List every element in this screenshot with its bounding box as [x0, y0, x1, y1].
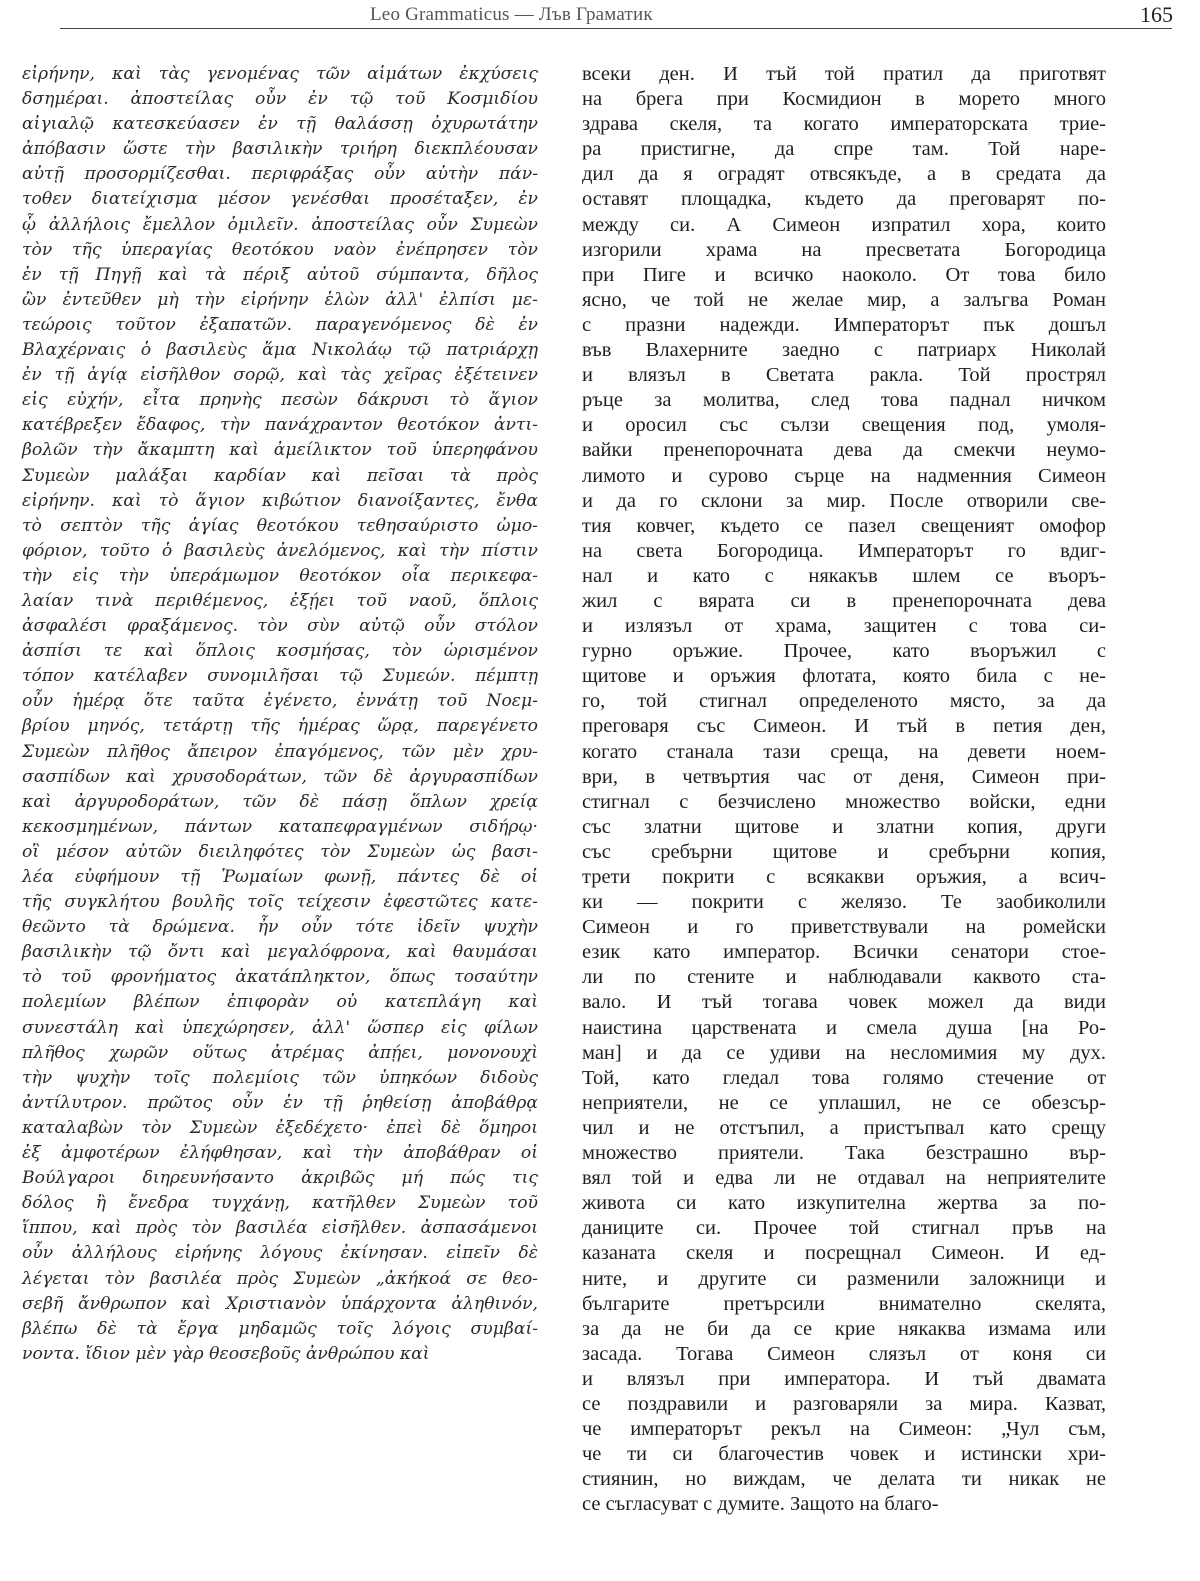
greek-text-line: Συμεὼν μαλάξαι καρδίαν καὶ πεῖσαι τὰ πρὸ… [22, 464, 538, 489]
bulgarian-text-line: вало. И тъй тогава човек можел да види [582, 990, 1106, 1015]
greek-text-line: πολεμίων βλέπων ἐπιφορὰν οὐ κατεπλάγη κα… [22, 990, 538, 1015]
bulgarian-text-line: ли по стените и наблюдавали каквото ста- [582, 965, 1106, 990]
bulgarian-text-line: всеки ден. И тъй той пратил да приготвят [582, 62, 1106, 87]
greek-text-line: αὐτῇ προσορμίζεσθαι. περιφράξας οὖν αὐτὴ… [22, 162, 538, 187]
greek-text-line: τόπον κατέλαβεν συνομιλῆσαι τῷ Συμεών. π… [22, 664, 538, 689]
greek-text-line: καὶ ἀργυροδοράτων, τῶν δὲ πάσῃ ὅπλων χρε… [22, 790, 538, 815]
greek-text-line: ὢν ἐντεῦθεν μὴ τὴν εἰρήνην ἑλὼν ἀλλ' ἐλπ… [22, 288, 538, 313]
bulgarian-text-line: трети покрити с всякакви оръжия, а всич- [582, 865, 1106, 890]
greek-text-line: οὖν ἡμέρᾳ ὅτε ταῦτα ἐγένετο, ἐννάτῃ τοῦ … [22, 689, 538, 714]
greek-text-line: τὸν τῆς ὑπεραγίας θεοτόκου ναὸν ἐνέπρησε… [22, 238, 538, 263]
bulgarian-text-line: дил да я оградят отвсякъде, а в средата … [582, 162, 1106, 187]
greek-text-line: τὸ τοῦ φρονήματος ἀκατάπληκτον, ὅπως τοσ… [22, 965, 538, 990]
bulgarian-text-line: и влязъл при императора. И тъй двамата [582, 1367, 1106, 1392]
bulgarian-text-line: ра пристигне, да спре там. Той наре- [582, 137, 1106, 162]
greek-text-line: τὴν εἰς τὴν ὑπεράμωμον θεοτόκον οἷα περι… [22, 564, 538, 589]
bulgarian-text-line: се поздравили и разговаряли за мира. Каз… [582, 1392, 1106, 1417]
bulgarian-text-line: за да не би да се крие някаква измама ил… [582, 1317, 1106, 1342]
bulgarian-text-line: при Пиге и всичко наоколо. От това било [582, 263, 1106, 288]
greek-text-line: ἀπόβασιν ὥστε τὴν βασιλικὴν τριήρη διεκπ… [22, 137, 538, 162]
bulgarian-text-line: гурно оръжие. Прочее, като въоръжил с [582, 639, 1106, 664]
bulgarian-text-line: със златни щитове и златни копия, други [582, 815, 1106, 840]
greek-text-line: ἐν τῇ ἁγίᾳ εἰσῆλθον σορῷ, καὶ τὰς χεῖρας… [22, 363, 538, 388]
greek-text-line: ἀσφαλέσι φραξάμενος. τὸν σὺν αὐτῷ οὖν στ… [22, 614, 538, 639]
bulgarian-text-line: и излязъл от храма, защитен с това си- [582, 614, 1106, 639]
greek-text-line: τὸ σεπτὸν τῆς ἁγίας θεοτόκου τεθησαύριστ… [22, 514, 538, 539]
greek-text-line: Βλαχέρναις ὁ βασιλεὺς ἅμα Νικολάῳ τῷ πατ… [22, 338, 538, 363]
greek-text-line: τεώροις τοῦτον ἐξαπατῶν. παραγενόμενος δ… [22, 313, 538, 338]
bulgarian-text-line: вайки пренепорочната дева да смекчи неум… [582, 438, 1106, 463]
bulgarian-text-line: на брега при Космидион в морето много [582, 87, 1106, 112]
greek-text-line: καταλαβὼν τὸν Συμεὼν ἐξεδέχετο· ἐπεὶ δὲ … [22, 1116, 538, 1141]
bulgarian-text-line: между си. А Симеон изпратил хора, които [582, 213, 1106, 238]
bulgarian-text-line: на света Богородица. Императорът го вдиг… [582, 539, 1106, 564]
bulgarian-text-line: език като император. Всички сенатори сто… [582, 940, 1106, 965]
greek-text-line: ἐξ ἀμφοτέρων ἐλήφθησαν, καὶ τὴν ἀποβάθρα… [22, 1141, 538, 1166]
greek-text-line: ᾧ ἀλλήλοις ἔμελλον ὁμιλεῖν. ἀποστείλας ο… [22, 213, 538, 238]
greek-text-line: τὴν ψυχὴν τοῖς πολεμίοις τῶν ὑπηκόων διδ… [22, 1066, 538, 1091]
greek-text-line: τοθεν διατείχισμα μέσον γενέσθαι προσέτα… [22, 187, 538, 212]
greek-text-line: βολῶν τὴν ἄκαμπτη καὶ ἀμείλικτον τοῦ ὑπε… [22, 438, 538, 463]
greek-text-line: φόριον, τοῦτο ὁ βασιλεὺς ἀνελόμενος, καὶ… [22, 539, 538, 564]
bulgarian-text-line: изгорили храма на пресветата Богородица [582, 238, 1106, 263]
bulgarian-text-line: жил с вярата си в пренепорочната дева [582, 589, 1106, 614]
bulgarian-text-line: неприятели, не се уплашил, не се обезсър… [582, 1091, 1106, 1116]
greek-text-line: λέγεται τὸν βασιλέα πρὸς Συμεὼν „ἀκήκοά … [22, 1267, 538, 1292]
bulgarian-text-line: Симеон и го приветствували на ромейски [582, 915, 1106, 940]
greek-text-line: βασιλικὴν τῷ ὄντι καὶ μεγαλόφρονα, καὶ θ… [22, 940, 538, 965]
bulgarian-text-line: във Влахерните заедно с патриарх Николай [582, 338, 1106, 363]
greek-text-column: εἰρήνην, καὶ τὰς γενομένας τῶν αἱμάτων ἐ… [22, 62, 538, 1367]
bulgarian-text-line: и оросил със сълзи свещения под, умоля- [582, 413, 1106, 438]
bulgarian-text-line: множество приятели. Така безстрашно вър- [582, 1141, 1106, 1166]
greek-text-line: κεκοσμημένων, πάντων καταπεφραγμένων σιδ… [22, 815, 538, 840]
greek-text-line: λαίαν τινὰ περιθέμενος, ἐξῄει τοῦ ναοῦ, … [22, 589, 538, 614]
bulgarian-text-line: тия ковчег, където се пазел свещеният ом… [582, 514, 1106, 539]
greek-text-line: ἐν τῇ Πηγῇ καὶ τὰ πέριξ αὐτοῦ σύμπαντα, … [22, 263, 538, 288]
bulgarian-text-line: оставят площадка, където да преговарят п… [582, 187, 1106, 212]
bulgarian-text-line: че ти си благочестив човек и истински хр… [582, 1442, 1106, 1467]
greek-text-line: βρίου μηνός, τετάρτῃ τῆς ἡμέρας ὥρᾳ, παρ… [22, 714, 538, 739]
bulgarian-text-line: с празни надежди. Императорът пък дошъл [582, 313, 1106, 338]
bulgarian-text-line: и да го склони за мир. После отворили св… [582, 489, 1106, 514]
bulgarian-text-line: ните, и другите си разменили заложници и [582, 1267, 1106, 1292]
greek-text-line: βλέπω δὲ τὰ ἔργα μηδαμῶς τοῖς λόγοις συμ… [22, 1317, 538, 1342]
greek-text-line: δόλος ἢ ἔνεδρα τυγχάνῃ, κατῆλθεν Συμεὼν … [22, 1191, 538, 1216]
greek-text-line: εἰς εὐχήν, εἶτα πρηνὴς πεσὼν δάκρυσι τὸ … [22, 388, 538, 413]
greek-text-line: ἀσπίσι τε καὶ ὅπλοις κοσμήσας, τὸν ὡρισμ… [22, 639, 538, 664]
bulgarian-text-line: ръце за молитва, след това паднал ничком [582, 388, 1106, 413]
bulgarian-text-line: нал и като с някакъв шлем се въоръ- [582, 564, 1106, 589]
header-rule [60, 28, 1172, 29]
greek-text-line: οἳ μέσον αὐτῶν διειληφότες τὸν Συμεὼν ὡς… [22, 840, 538, 865]
bulgarian-text-line: живота си като изкупителна жертва за по- [582, 1191, 1106, 1216]
greek-text-line: δσημέραι. ἀποστείλας οὖν ἐν τῷ τοῦ Κοσμι… [22, 87, 538, 112]
bulgarian-text-line: че императорът рекъл на Симеон: „Чул съм… [582, 1417, 1106, 1442]
greek-text-line: ἀντίλυτρον. πρῶτος οὖν ἐν τῇ ῥηθείσῃ ἀπο… [22, 1091, 538, 1116]
bulgarian-text-line: българите претърсили внимателно скелята, [582, 1292, 1106, 1317]
bulgarian-text-line: засада. Тогава Симеон слязъл от коня си [582, 1342, 1106, 1367]
greek-text-line: οὖν ἀλλήλους εἰρήνης λόγους ἐκίνησαν. εἰ… [22, 1241, 538, 1266]
greek-text-line: εἰρήνην, καὶ τὰς γενομένας τῶν αἱμάτων ἐ… [22, 62, 538, 87]
bulgarian-text-line: вял той и едва ли не отдавал на неприяте… [582, 1166, 1106, 1191]
greek-text-line: πλῆθος χωρῶν οὕτως ἀτρέμας ἀπῄει, μονονο… [22, 1041, 538, 1066]
bulgarian-text-line: стиянин, но виждам, че делата ти никак н… [582, 1467, 1106, 1492]
bulgarian-translation-column: всеки ден. И тъй той пратил да приготвят… [582, 62, 1106, 1517]
bulgarian-text-line: преговаря със Симеон. И тъй в петия ден, [582, 714, 1106, 739]
bulgarian-text-line: когато станала тази среща, на девети ное… [582, 740, 1106, 765]
greek-text-line: λέα εὐφήμουν τῇ Ῥωμαίων φωνῇ, πάντες δὲ … [22, 865, 538, 890]
greek-text-line: θεῶντο τὰ δρώμενα. ἦν οὖν τότε ἰδεῖν ψυχ… [22, 915, 538, 940]
greek-text-line: Βούλγαροι διηρευνήσαντο ἀκριβῶς μή πώς τ… [22, 1166, 538, 1191]
bulgarian-text-line: здрава скеля, та когато императорската т… [582, 112, 1106, 137]
greek-text-line: αἰγιαλῷ κατεσκεύασεν ἐν τῇ θαλάσσῃ ὀχυρω… [22, 112, 538, 137]
bulgarian-text-line: ки — покрити с желязо. Те заобиколили [582, 890, 1106, 915]
greek-text-line: νοντα. ἴδιον μὲν γὰρ θεοσεβοῦς ἀνθρώπου … [22, 1342, 538, 1367]
bulgarian-text-line: лимото и сурово сърце на надменния Симео… [582, 464, 1106, 489]
bulgarian-text-line: даниците си. Прочее той стигнал пръв на [582, 1216, 1106, 1241]
bulgarian-text-line: стигнал с безчислено множество войски, е… [582, 790, 1106, 815]
greek-text-line: σεβῆ ἄνθρωπον καὶ Χριστιανὸν ὑπάρχοντα ἀ… [22, 1292, 538, 1317]
bulgarian-text-line: щитове и оръжия флотата, която била с не… [582, 664, 1106, 689]
page-number: 165 [1140, 2, 1173, 28]
greek-text-line: ἵππου, καὶ πρὸς τὸν βασιλέα εἰσῆλθεν. ἀσ… [22, 1216, 538, 1241]
bulgarian-text-line: чил и не отстъпил, а пристъпвал като сре… [582, 1116, 1106, 1141]
bulgarian-text-line: ман] и да се удиви на несломимия му дух. [582, 1041, 1106, 1066]
bulgarian-text-line: го, той стигнал определеното място, за д… [582, 689, 1106, 714]
greek-text-line: τῆς συγκλήτου βουλῆς τοῖς τείχεσιν ἐφεστ… [22, 890, 538, 915]
greek-text-line: σασπίδων καὶ χρυσοδοράτων, τῶν δὲ ἀργυρα… [22, 765, 538, 790]
bulgarian-text-line: Той, като гледал това голямо стечение от [582, 1066, 1106, 1091]
bulgarian-text-line: ври, в четвъртия час от деня, Симеон при… [582, 765, 1106, 790]
bulgarian-text-line: ясно, че той не желае мир, а залъгва Ром… [582, 288, 1106, 313]
bulgarian-text-line: се съгласуват с думите. Защото на благо- [582, 1492, 1106, 1517]
bulgarian-text-line: и влязъл в Светата ракла. Той прострял [582, 363, 1106, 388]
greek-text-line: εἰρήνην. καὶ τὸ ἅγιον κιβώτιον διανοίξαν… [22, 489, 538, 514]
greek-text-line: Συμεὼν πλῆθος ἄπειρον ἐπαγόμενος, τῶν μὲ… [22, 740, 538, 765]
page-header: Leo Grammaticus — Лъв Граматик 165 [0, 0, 1200, 30]
bulgarian-text-line: със сребърни щитове и сребърни копия, [582, 840, 1106, 865]
greek-text-line: συνεστάλη καὶ ὑπεχώρησεν, ἀλλ' ὥσπερ εἰς… [22, 1016, 538, 1041]
bulgarian-text-line: наистина царствената и смела душа [на Ро… [582, 1016, 1106, 1041]
running-title: Leo Grammaticus — Лъв Граматик [370, 4, 653, 26]
bulgarian-text-line: казаната скеля и посрещнал Симеон. И ед- [582, 1241, 1106, 1266]
greek-text-line: κατέβρεξεν ἔδαφος, τὴν πανάχραντον θεοτό… [22, 413, 538, 438]
